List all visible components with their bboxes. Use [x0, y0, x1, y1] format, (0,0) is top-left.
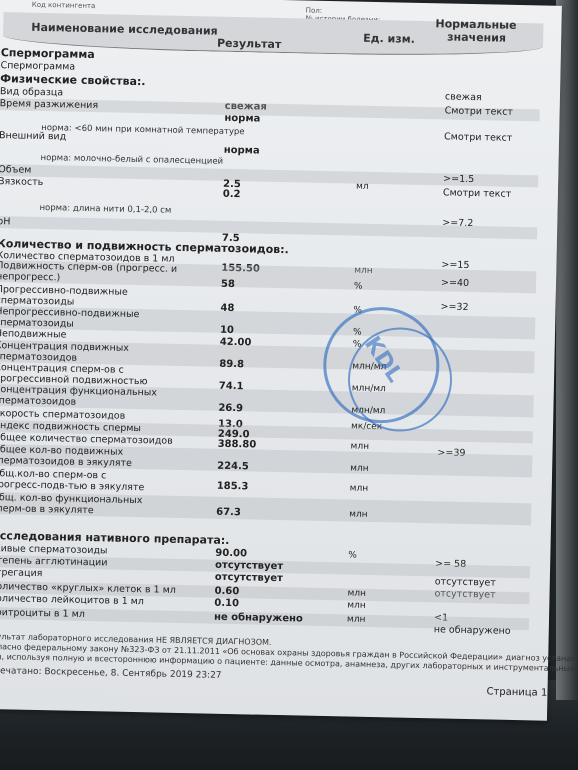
result-value: норма [224, 145, 260, 157]
test-name: Количество лейкоцитов в 1 мл [0, 593, 144, 607]
test-name: Агрегация [0, 567, 43, 579]
page-number: Страница 1 [486, 686, 547, 698]
test-name: Концентрация функциональных сперматозоид… [0, 384, 157, 409]
section-spermogram: Спермограмма [1, 46, 95, 61]
test-name: Непрогрессивно-подвижные сперматозоиды [0, 306, 139, 331]
test-name: Внешний вид [0, 130, 66, 142]
test-name: Вязкость [0, 176, 43, 188]
test-name: Неподвижные [0, 328, 66, 340]
test-name: Живые сперматозоиды [0, 543, 108, 556]
unit-value: млн [347, 614, 366, 624]
test-name: Общ. кол-во функциональных сперм-ов в эя… [0, 492, 143, 517]
unit-value: % [354, 282, 363, 292]
norm-value: >=32 [440, 301, 468, 313]
unit-value: млн [350, 464, 369, 474]
test-name: Общ.кол-во сперм-ов с прогресс-подв-тью … [0, 468, 145, 493]
test-name: Общее кол-во подвижных сперматозоидов в … [0, 444, 132, 469]
result-value: 90.00 [215, 548, 247, 560]
test-name: Вид образца [0, 86, 63, 98]
result-value: не обнаружено [214, 612, 303, 625]
result-value: 0.10 [214, 598, 239, 610]
unit-value: млн [349, 510, 368, 520]
norm-value: Смотри текст [443, 187, 511, 199]
column-norm-header-2: значения [447, 30, 506, 44]
result-value: 0.60 [214, 586, 239, 598]
printed-timestamp: Отпечатано: Воскресенье, 8. Сентябрь 201… [0, 666, 222, 681]
result-value: 67.3 [216, 507, 241, 519]
norm-value: свежая [445, 91, 482, 103]
norm-value: не обнаружено [434, 624, 511, 637]
result-value: норма [224, 113, 260, 125]
test-name: Время разжижения [0, 98, 98, 111]
unit-value: млн [347, 588, 366, 598]
table-row: Внешний виднормаСмотри текст [0, 130, 539, 153]
unit-value: млн [350, 484, 369, 494]
test-name: Прогрессивно-подвижные сперматозоиды [0, 284, 128, 309]
reference-note: норма: длина нити 0,1-2,0 см [39, 203, 171, 216]
contingent-code-label: Код контингента [32, 1, 96, 10]
norm-value: >=7.2 [442, 217, 473, 229]
result-value: 185.3 [217, 481, 249, 493]
result-value: отсутствует [215, 560, 283, 572]
test-name: Эритроциты в 1 мл [0, 607, 85, 620]
lab-report-page: Код контингента Пол: № истории болезни: … [0, 0, 562, 721]
test-name: Концентрация подвижных сперматозоидов [0, 340, 129, 365]
test-name: Объем [0, 164, 31, 176]
test-name: Концентрация сперм-ов с прогрессивной по… [0, 362, 148, 387]
column-unit-header: Ед. изм. [363, 32, 415, 46]
column-result-header: Результат [217, 37, 282, 51]
result-value: 224.5 [217, 461, 249, 473]
table-row: pH7.5>=7.2 [0, 216, 537, 239]
norm-value: >=1.5 [443, 173, 474, 185]
result-value: 0.2 [223, 189, 241, 200]
unit-value: млн [347, 600, 366, 610]
norm-value: >=40 [441, 277, 469, 289]
test-name: pH [0, 216, 11, 227]
test-name: Подвижность сперм-ов (прогресс. и непрог… [0, 260, 177, 286]
norm-value: Смотри текст [445, 105, 513, 117]
result-value: отсутствует [215, 572, 283, 584]
unit-value: млн [350, 442, 369, 452]
norm-value: Смотри текст [444, 131, 512, 143]
unit-value: % [348, 551, 357, 561]
test-name: Степень агглютинации [0, 555, 108, 568]
